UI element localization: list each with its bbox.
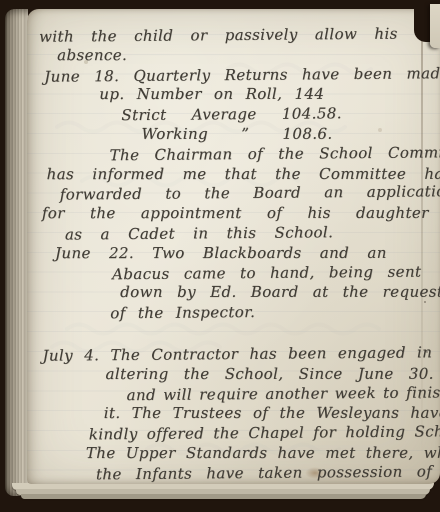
handwritten-line: down by Ed. Board at the request (120, 283, 436, 303)
handwritten-line: Working ” 108.6. (141, 125, 435, 145)
next-page-edge (430, 4, 440, 48)
handwritten-line: with the child or passively allow his (39, 24, 435, 47)
logbook-photo: with the child or passively allow his ab… (0, 0, 440, 512)
handwritten-line: the Infants have taken possession of (96, 462, 437, 484)
handwritten-line: for the appointment of his daughter (42, 204, 436, 224)
handwritten-line: of the Inspector. (110, 302, 436, 325)
manuscript-text: with the child or passively allow his ab… (35, 25, 437, 484)
paper-specks (27, 9, 29, 11)
handwritten-line: has informed me that the Committee have (47, 164, 436, 184)
handwritten-line: kindly offered the Chapel for holding Sc… (89, 423, 437, 446)
handwritten-line: The Upper Standards have met there, whil… (86, 444, 437, 464)
handwritten-line: July 4. The Contractor has been engaged … (42, 343, 436, 366)
page-edges-bottom (21, 494, 426, 499)
handwritten-line: it. The Trustees of the Wesleyans have (104, 404, 437, 424)
handwritten-line: Strict Average 104.58. (121, 104, 435, 127)
handwritten-line: Abacus came to hand, being sent (112, 262, 436, 285)
handwritten-line: June 18. Quarterly Returns have been mad… (44, 64, 435, 87)
handwritten-line: The Chairman of the School Committee (109, 143, 435, 166)
handwritten-line: forwarded to the Board an application (60, 183, 436, 206)
handwritten-line: and will require another week to finish (127, 383, 437, 406)
page-edges-left (5, 9, 28, 496)
notebook-page: with the child or passively allow his ab… (27, 9, 440, 484)
handwritten-line: altering the School, Since June 30. (106, 364, 437, 384)
entry-gap (36, 322, 436, 346)
handwritten-line: June 22. Two Blackboards and an (55, 244, 436, 264)
handwritten-line: as a Cadet in this School. (65, 222, 436, 245)
handwritten-line: up. Number on Roll, 144 (99, 85, 435, 105)
handwritten-line: absence. (57, 46, 435, 66)
